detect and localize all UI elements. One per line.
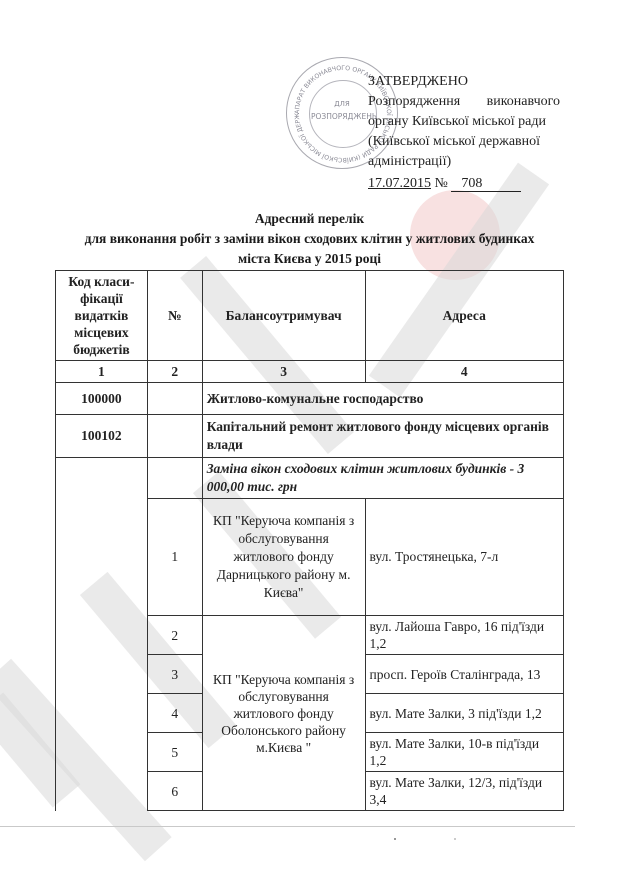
section-row: 100000 Житлово-комунальне господарство	[56, 383, 564, 415]
item-holder: КП "Керуюча компанія з обслуговування жи…	[202, 616, 365, 811]
section-empty	[147, 383, 202, 415]
item-number: 5	[147, 733, 202, 772]
work-description: Заміна вікон сходових клітин житлових бу…	[202, 458, 563, 499]
approval-line: Розпорядження виконавчого	[368, 92, 560, 112]
approval-date: 17.07.2015	[368, 176, 431, 191]
code-empty	[56, 458, 148, 811]
scan-speck	[394, 838, 396, 840]
header-number: №	[147, 271, 202, 361]
number-empty	[147, 458, 202, 499]
item-number: 2	[147, 616, 202, 655]
column-number: 1	[56, 361, 148, 383]
approval-date-line: 17.07.2015 № 708	[368, 174, 560, 194]
column-number: 2	[147, 361, 202, 383]
item-number: 3	[147, 655, 202, 694]
header-holder: Балансоутримувач	[202, 271, 365, 361]
item-address: вул. Тростянецька, 7-л	[365, 499, 564, 616]
subsection-title: Капітальний ремонт житлового фонду місце…	[202, 415, 563, 458]
item-address: вул. Мате Залки, 3 під'їзди 1,2	[365, 694, 564, 733]
column-number: 4	[365, 361, 564, 383]
document-heading: Адресний перелік для виконання робіт з з…	[0, 209, 619, 269]
header-address: Адреса	[365, 271, 564, 361]
item-number: 6	[147, 772, 202, 811]
subsection-row: 100102 Капітальний ремонт житлового фонд…	[56, 415, 564, 458]
heading-line1: Адресний перелік	[0, 209, 619, 229]
item-address: просп. Героїв Сталінграда, 13	[365, 655, 564, 694]
approval-block: ЗАТВЕРДЖЕНО Розпорядження виконавчого ор…	[368, 72, 560, 194]
column-number-row: 1 2 3 4	[56, 361, 564, 383]
column-number: 3	[202, 361, 365, 383]
heading-line3: міста Києва у 2015 році	[0, 249, 619, 269]
approval-line: (Київської міської державної	[368, 132, 560, 152]
item-address: вул. Мате Залки, 12/3, під'їзди 3,4	[365, 772, 564, 811]
approval-line: адміністрації)	[368, 152, 560, 172]
header-code: Код класи-фікації видатків місцевих бюдж…	[56, 271, 148, 361]
subsection-code: 100102	[56, 415, 148, 458]
approval-number: 708	[451, 176, 521, 192]
item-number: 4	[147, 694, 202, 733]
page-bottom-line	[0, 826, 575, 827]
item-number: 1	[147, 499, 202, 616]
scan-speck	[454, 838, 456, 840]
approval-title: ЗАТВЕРДЖЕНО	[368, 72, 560, 92]
section-title: Житлово-комунальне господарство	[202, 383, 563, 415]
work-description-row: Заміна вікон сходових клітин житлових бу…	[56, 458, 564, 499]
heading-line2: для виконання робіт з заміни вікон сходо…	[0, 229, 619, 249]
approval-number-label: №	[435, 176, 448, 191]
subsection-empty	[147, 415, 202, 458]
item-address: вул. Мате Залки, 10-в під'їзди 1,2	[365, 733, 564, 772]
address-list-table: Код класи-фікації видатків місцевих бюдж…	[55, 270, 564, 811]
approval-line: органу Київської міської ради	[368, 112, 560, 132]
item-holder: КП "Керуюча компанія з обслуговування жи…	[202, 499, 365, 616]
table-header-row: Код класи-фікації видатків місцевих бюдж…	[56, 271, 564, 361]
section-code: 100000	[56, 383, 148, 415]
item-address: вул. Лайоша Гавро, 16 під'їзди 1,2	[365, 616, 564, 655]
